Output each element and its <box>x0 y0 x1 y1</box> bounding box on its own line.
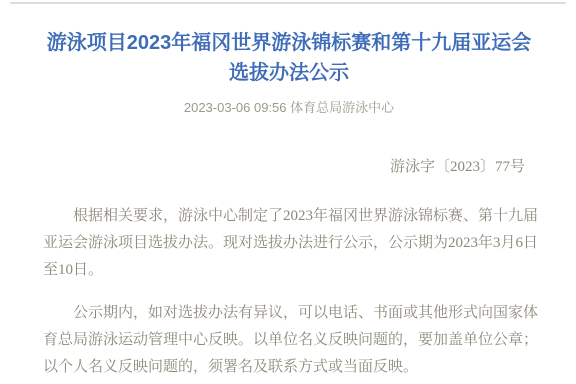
article-title-line-2: 选拔办法公示 <box>43 58 535 88</box>
article-page: 游泳项目2023年福冈世界游泳锦标赛和第十九届亚运会 选拔办法公示 2023-0… <box>0 0 576 384</box>
article-title-line-1: 游泳项目2023年福冈世界游泳锦标赛和第十九届亚运会 <box>43 28 535 58</box>
paragraph-line: 以个人名义反映问题的，须署名及联系方式或当面反映。 <box>43 354 535 381</box>
paragraph-line: 公示期内，如对选拔办法有异议，可以电话、书面或其他形式向国家体 <box>43 300 535 327</box>
paragraph-2: 公示期内，如对选拔办法有异议，可以电话、书面或其他形式向国家体 育总局游泳运动管… <box>43 300 535 381</box>
paragraph-line: 至10日。 <box>43 257 535 284</box>
article-title: 游泳项目2023年福冈世界游泳锦标赛和第十九届亚运会 选拔办法公示 <box>43 28 535 88</box>
document-number: 游泳字〔2023〕77号 <box>43 158 535 176</box>
publish-date-and-source: 2023-03-06 09:56 体育总局游泳中心 <box>43 100 535 116</box>
paragraph-line: 根据相关要求，游泳中心制定了2023年福冈世界游泳锦标赛、第十九届 <box>43 203 535 230</box>
paragraph-1: 根据相关要求，游泳中心制定了2023年福冈世界游泳锦标赛、第十九届 亚运会游泳项… <box>43 203 535 284</box>
article-content: 游泳项目2023年福冈世界游泳锦标赛和第十九届亚运会 选拔办法公示 2023-0… <box>43 0 535 381</box>
paragraph-line: 亚运会游泳项目选拔办法。现对选拔办法进行公示，公示期为2023年3月6日 <box>43 230 535 257</box>
paragraph-line: 育总局游泳运动管理中心反映。以单位名义反映问题的，要加盖单位公章； <box>43 327 535 354</box>
